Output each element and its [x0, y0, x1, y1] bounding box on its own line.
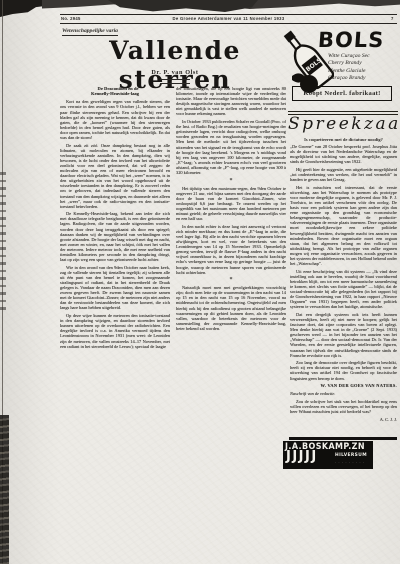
article-paragraph: In October 1933 publiceerden Schafer en … — [176, 119, 286, 175]
byline-rule — [160, 79, 190, 84]
page-number: 7 — [391, 16, 394, 21]
article-column-middle: der ionisatielagen, die op een hoogte li… — [176, 86, 286, 470]
section-separator: * — [176, 277, 286, 283]
glass-icons: JJJJJ — [286, 450, 318, 464]
article-paragraph: Wie in den avond van den 9den October na… — [60, 265, 170, 311]
bols-product-list: Witte Curaçao Sec Cherry Brandy Menthe G… — [328, 53, 370, 83]
bols-product: Witte Curaçao Sec — [328, 53, 370, 60]
article-paragraph: In den nacht echter is deze laag niet aa… — [176, 224, 286, 275]
article-paragraph: Het tijdstip van den maximum-regen, den … — [176, 186, 286, 222]
letter-signature: W. VAN DER GOES VAN NATERS. — [290, 383, 397, 388]
bols-product: Cherry Brandy — [328, 60, 370, 67]
letter-paragraph: Het is misschien wel interessant, dat de… — [290, 185, 397, 267]
letter-paragraph: „De Groene” van 28 October bespreekt pro… — [290, 144, 397, 164]
section-separator: * — [176, 178, 286, 184]
article-kicker: Wetenschappelijke varia — [62, 28, 118, 36]
scan-artifact-left-mottle-upper — [0, 172, 6, 310]
article-paragraph: Kort na den geweldigen regen van vallend… — [60, 99, 170, 140]
spreekzaal-heading: Spreekzaal — [288, 114, 398, 134]
header-rule-top — [60, 14, 397, 15]
letter-paragraph: Uit eene beschrijving van dit systeem — … — [290, 269, 397, 310]
ad-divider-rule — [288, 111, 398, 112]
bols-product: Curaçao Brandy — [328, 75, 370, 82]
bols-product: Menthe Glaciale — [328, 68, 370, 75]
spreekzaal-column: „De Groene” van 28 October bespreekt pro… — [290, 144, 397, 436]
letter-paragraph: Zoo lang de democratie over dergelijke f… — [290, 360, 397, 380]
article-column-left: De Draconiden en deKennelly-Heaviside-la… — [60, 86, 170, 470]
letter-paragraph: Dat een dergelijk systeem ook iets heeft… — [290, 312, 397, 358]
scan-artifact-left-mottle-lower — [0, 415, 9, 564]
letter-paragraph: Hij geeft hier de suggestie, een uitgebr… — [290, 167, 397, 182]
editor-initials: A. C. J. J. — [290, 417, 397, 422]
postscript-label: Naschrift van de redactie. — [290, 391, 397, 396]
masthead: De Groene Amsterdammer van 11 November 1… — [60, 16, 397, 21]
newspaper-page: No. 2945 De Groene Amsterdammer van 11 N… — [0, 0, 400, 564]
article-paragraph: De Kennelly-Heaviside-laag, bekend aan i… — [60, 211, 170, 262]
bols-brand: BOLS — [317, 28, 385, 52]
article-paragraph: De zaak zit zóó. Onze dampkring bestaat … — [60, 143, 170, 209]
article-paragraph: der ionisatielagen, die op een hoogte li… — [176, 86, 286, 117]
bottom-rule — [289, 437, 397, 440]
postscript-text: Zou de schrijver het stuk van het hoofda… — [290, 399, 397, 414]
spreekzaal-question: Is coquetteeren met de dictatuur noodig? — [290, 137, 397, 142]
boskamp-city: HILVERSUM — [335, 453, 367, 458]
bols-advertisement: BOLS BOLS Witte Curaçao Sec Cherry Brand… — [288, 24, 398, 114]
article-paragraph: Op deze wijze kunnen de meteoren den ion… — [60, 313, 170, 349]
bols-slogan-box: Koopt Nederl. fabrikaat! — [292, 86, 392, 101]
boskamp-subline: · · · · · · · · · — [335, 460, 365, 464]
scan-artifact-top-band-dark — [108, 0, 258, 12]
article-byline: Dr. P. van Olst — [62, 69, 288, 76]
boskamp-advertisement: J.A.BOSKAMP.ZN JJJJJ HILVERSUM · · · · ·… — [283, 441, 373, 469]
article-paragraph: Natuurlijk moet men met gevolgtrekkingen… — [176, 285, 286, 331]
section-heading: De Draconiden en deKennelly-Heaviside-la… — [60, 86, 170, 97]
